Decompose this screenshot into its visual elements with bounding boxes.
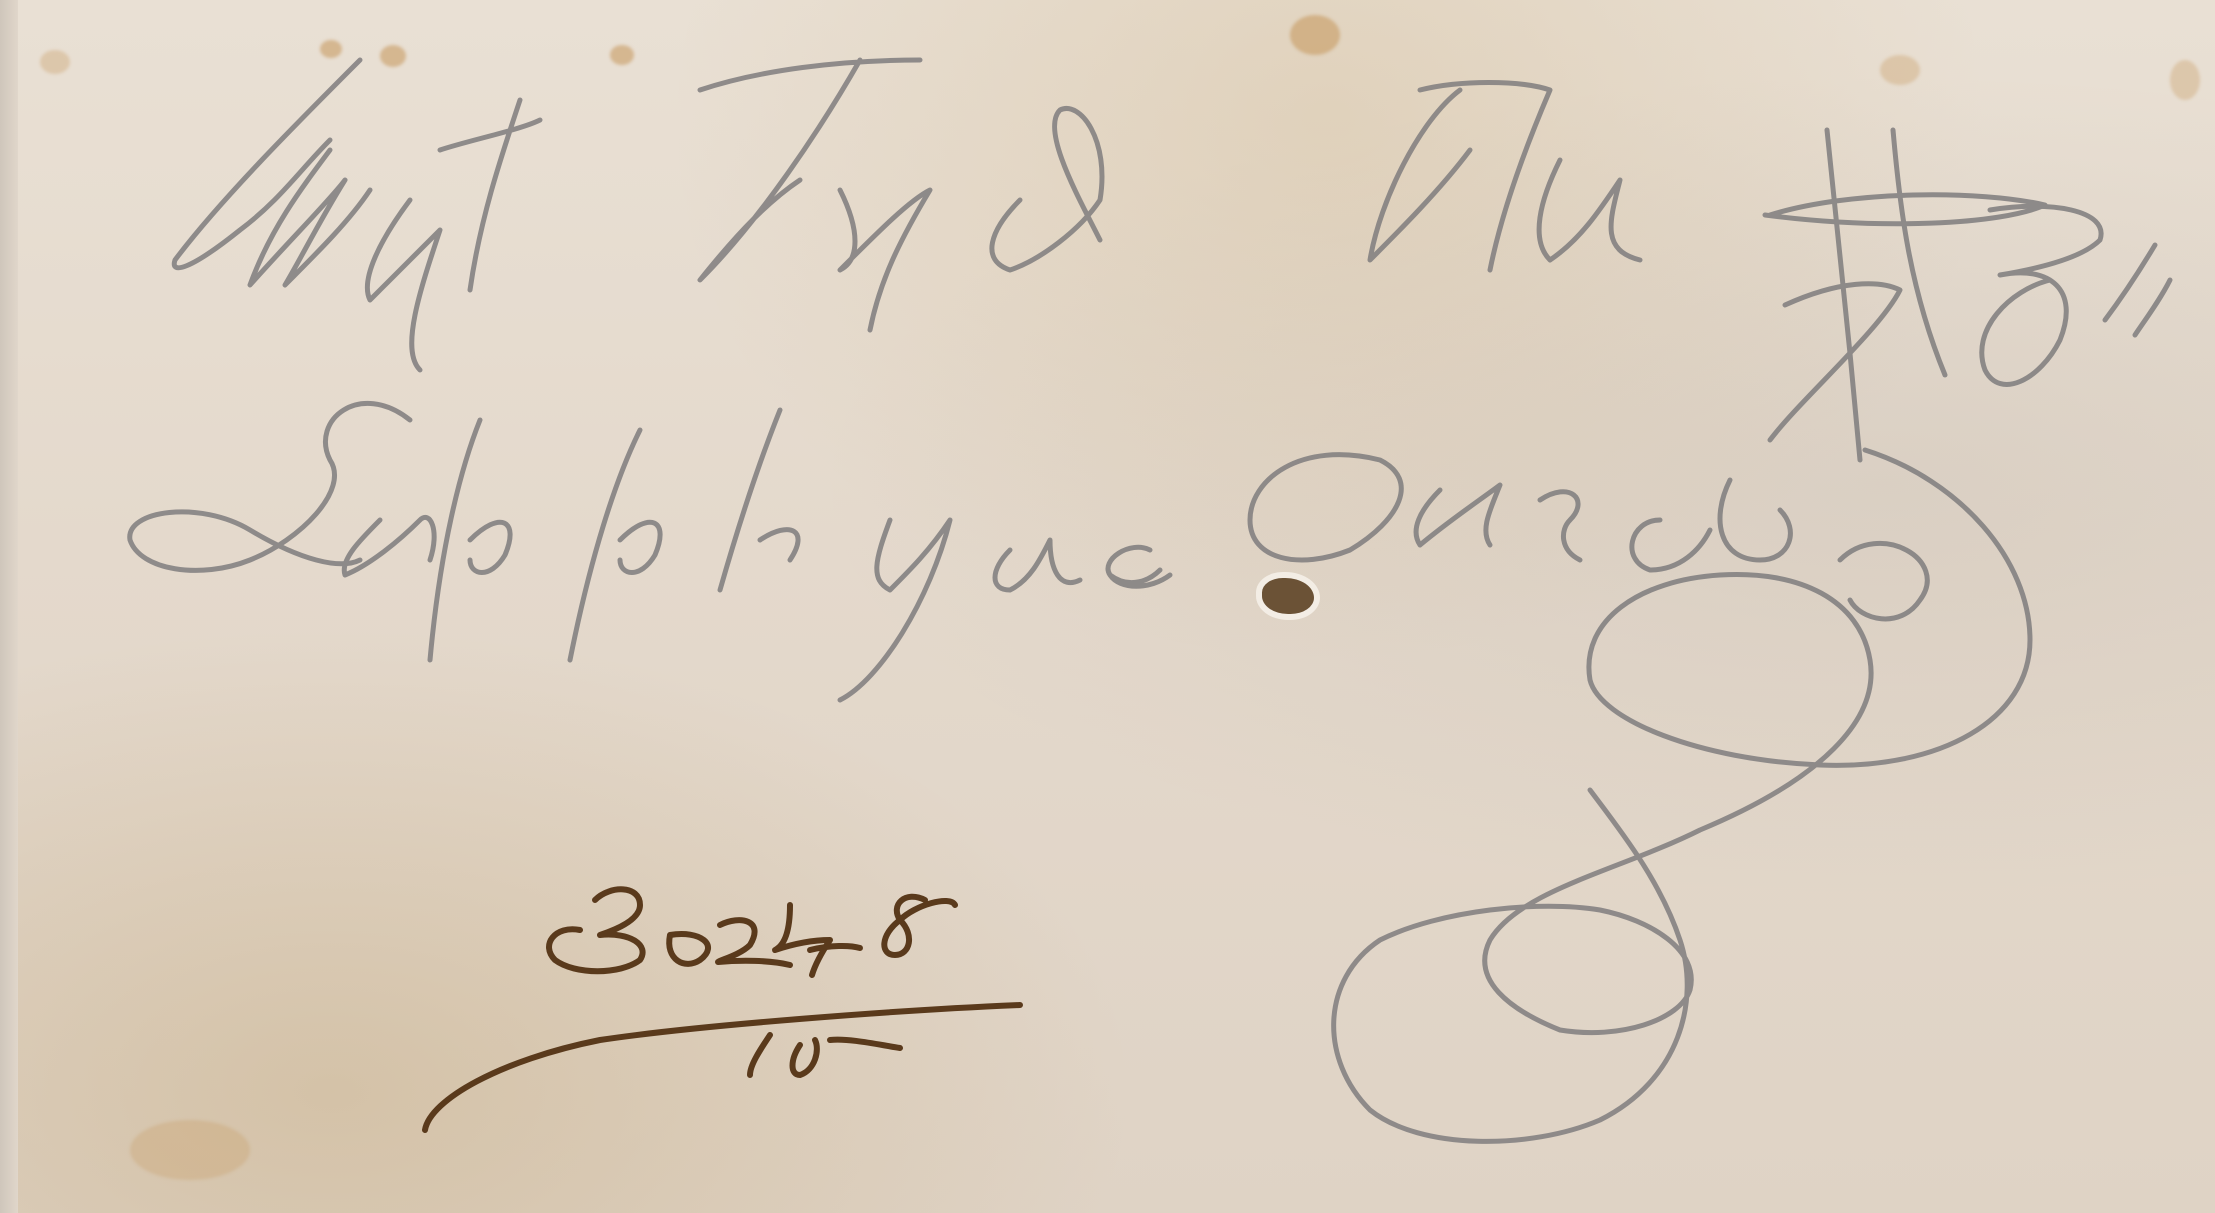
pencil-monogram xyxy=(1765,130,2170,460)
pencil-flourish xyxy=(1334,450,2030,1141)
pencil-line-2 xyxy=(130,403,1928,700)
ink-numbers xyxy=(425,889,1020,1130)
handwriting-layer xyxy=(0,0,2215,1213)
paper-sheet: Augt Ayed 1us S. Apply as Owsele £3'' 30… xyxy=(0,0,2215,1213)
pencil-line-1 xyxy=(174,60,1640,370)
